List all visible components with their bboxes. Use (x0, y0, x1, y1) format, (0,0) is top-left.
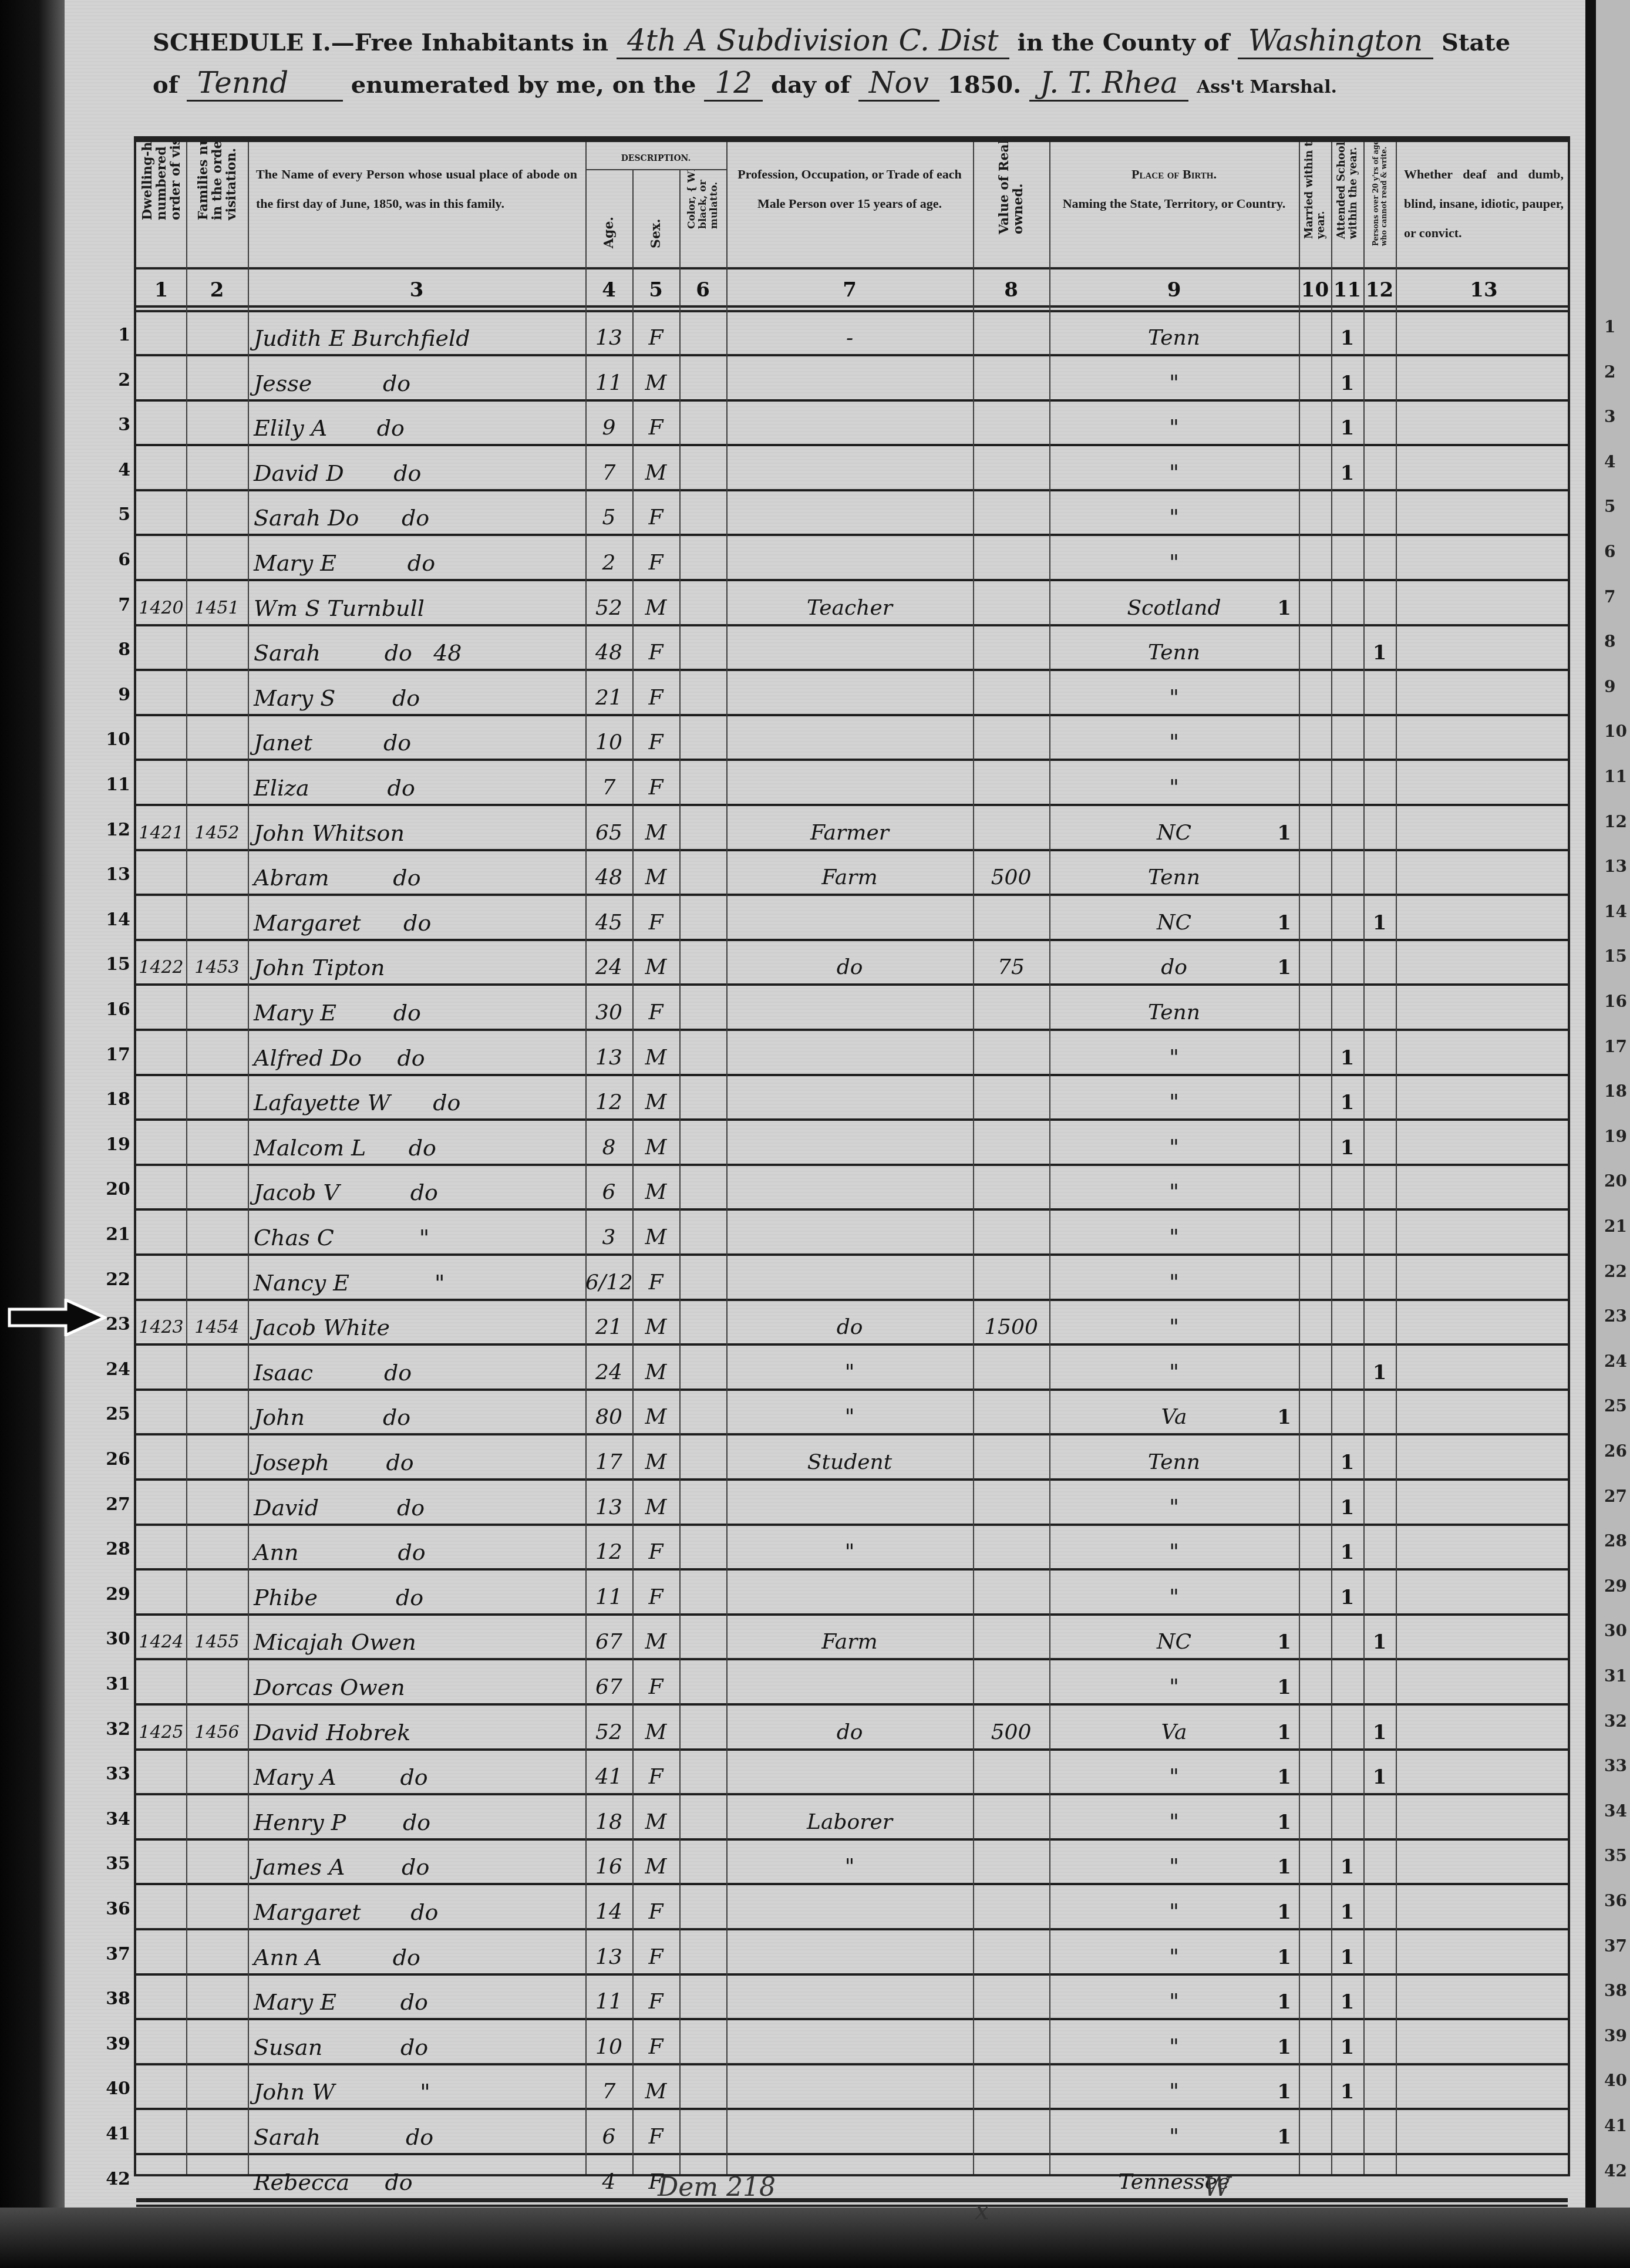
cell-age: 18 (585, 1795, 632, 1838)
adjacent-line-number: 21 (1604, 1216, 1627, 1236)
adjacent-line-number: 31 (1604, 1666, 1627, 1686)
cell-sex: F (632, 1571, 679, 1613)
cell-name: Mary S do (248, 671, 591, 714)
line-number: 17 (100, 1031, 130, 1079)
census-row: 34Henry P do18MLaborer"1 (136, 1795, 1568, 1841)
cell-family (186, 1525, 248, 1568)
cell-sex: M (632, 1076, 679, 1118)
line-number: 3 (100, 401, 130, 449)
cell-name: Micajah Owen (248, 1615, 591, 1658)
cell-school (1331, 941, 1363, 983)
column-rule (973, 142, 974, 2174)
cell-birthplace: " (1049, 671, 1299, 714)
cell-family (186, 536, 248, 579)
enumerated-label: enumerated by me, on the (351, 71, 696, 99)
cell-dwelling (136, 446, 186, 489)
adjacent-line-number: 41 (1604, 2116, 1627, 2135)
column-rule (632, 170, 634, 2174)
cell-birthplace: " (1049, 1840, 1299, 1883)
cell-school: 1 (1331, 446, 1363, 489)
census-row: 3014241455Micajah Owen67MFarmNC11 (136, 1615, 1568, 1660)
cell-value (973, 581, 1049, 624)
cell-birthplace: Va (1049, 1390, 1299, 1433)
census-row: 22Nancy E "6/12F" (136, 1256, 1568, 1301)
adjacent-line-number: 17 (1604, 1037, 1627, 1056)
cell-illiterate (1363, 1211, 1396, 1253)
census-row: 28Ann do12F""1 (136, 1525, 1568, 1571)
cell-school (1331, 1615, 1363, 1658)
cell-illiterate (1363, 446, 1396, 489)
cell-family (186, 1975, 248, 2018)
division-field: 4th A Subdivision C. Dist (617, 23, 1009, 59)
cell-age: 6 (585, 1165, 632, 1208)
cell-illiterate (1363, 986, 1396, 1029)
cell-name: Mary E do (248, 986, 591, 1029)
census-row: 3Elily A do9F"1 (136, 401, 1568, 446)
cell-occupation: Student (726, 1435, 973, 1478)
line-number: 31 (100, 1660, 130, 1708)
schedule-title-prefix: SCHEDULE I.—Free Inhabitants in (153, 29, 608, 56)
cell-sex: F (632, 1660, 679, 1703)
cell-value (973, 1211, 1049, 1253)
census-row: 3214251456David Hobrek52Mdo500Va11 (136, 1706, 1568, 1751)
census-row: 14Margaret do45FNC11 (136, 896, 1568, 941)
adjacent-line-number: 26 (1604, 1441, 1627, 1461)
line-number: 21 (100, 1211, 130, 1259)
line-number: 2 (100, 356, 130, 405)
cell-age: 48 (585, 626, 632, 669)
cell-sex: F (632, 761, 679, 804)
cell-illiterate (1363, 1481, 1396, 1524)
cell-name: Ann do (248, 1525, 591, 1568)
cell-value (973, 986, 1049, 1029)
cell-age: 6 (585, 2110, 632, 2153)
cell-dwelling (136, 356, 186, 399)
cell-illiterate (1363, 1031, 1396, 1074)
line-number: 26 (100, 1435, 130, 1484)
census-row: 9Mary S do21F" (136, 671, 1568, 716)
adjacent-line-number: 8 (1604, 632, 1615, 651)
cell-school (1331, 806, 1363, 849)
cell-value (973, 1390, 1049, 1433)
line-number: 6 (100, 536, 130, 584)
cell-family (186, 761, 248, 804)
cell-occupation (726, 1885, 973, 1928)
cell-married (1269, 1121, 1299, 1164)
cell-birthplace: " (1049, 2065, 1299, 2108)
column-rule (1299, 142, 1300, 2174)
column-number-divider (136, 305, 1568, 308)
header-divider (136, 267, 1568, 269)
cell-married (1269, 491, 1299, 534)
cell-birthplace: Va (1049, 1706, 1299, 1748)
cell-family (186, 1256, 248, 1299)
cell-age: 80 (585, 1390, 632, 1433)
adjacent-line-number: 27 (1604, 1487, 1627, 1506)
cell-married (1269, 716, 1299, 759)
header-school: Attended School within the year. (1331, 142, 1363, 267)
cell-occupation (726, 1481, 973, 1524)
cell-sex: F (632, 896, 679, 939)
cell-school: 1 (1331, 1121, 1363, 1164)
cell-married (1269, 1076, 1299, 1118)
cell-name: Isaac do (248, 1346, 591, 1389)
census-row: 5Sarah Do do5F" (136, 491, 1568, 536)
line-number: 20 (100, 1165, 130, 1214)
line-number: 18 (100, 1076, 130, 1124)
cell-school: 1 (1331, 1975, 1363, 2018)
cell-occupation (726, 1256, 973, 1299)
cell-married: 1 (1269, 1840, 1299, 1883)
line-number: 25 (100, 1390, 130, 1438)
line-number: 4 (100, 446, 130, 494)
cell-value (973, 1031, 1049, 1074)
column-number: 8 (973, 278, 1049, 302)
cell-illiterate (1363, 311, 1396, 354)
line-number: 5 (100, 491, 130, 539)
cell-married (1269, 1256, 1299, 1299)
cell-age: 10 (585, 2020, 632, 2063)
cell-name: Margaret do (248, 1885, 591, 1928)
cell-birthplace: " (1049, 536, 1299, 579)
cell-occupation: " (726, 1346, 973, 1389)
cell-dwelling (136, 1076, 186, 1118)
cell-family: 1455 (186, 1615, 248, 1658)
cell-illiterate: 1 (1363, 1346, 1396, 1389)
cell-family: 1452 (186, 806, 248, 849)
header-family: Families numbered in the order of visita… (186, 142, 248, 267)
cell-occupation (726, 1975, 973, 2018)
header-infirmity: Whether deaf and dumb, blind, insane, id… (1396, 142, 1572, 267)
census-row: 4David D do7M"1 (136, 446, 1568, 491)
cell-married: 1 (1269, 1975, 1299, 2018)
cell-name: Jesse do (248, 356, 591, 399)
cell-occupation (726, 1165, 973, 1208)
cell-value: 500 (973, 851, 1049, 894)
cell-dwelling (136, 1840, 186, 1883)
column-number: 7 (726, 278, 973, 302)
cell-age: 11 (585, 1571, 632, 1613)
adjacent-line-number: 32 (1604, 1711, 1627, 1731)
census-row: 40John W "7M"11 (136, 2065, 1568, 2110)
cell-name: Dorcas Owen (248, 1660, 591, 1703)
cell-birthplace: " (1049, 1750, 1299, 1793)
cell-value (973, 1615, 1049, 1658)
line-number: 24 (100, 1346, 130, 1394)
cell-occupation (726, 761, 973, 804)
cell-sex: F (632, 491, 679, 534)
line-number: 39 (100, 2020, 130, 2068)
adjacent-line-number: 9 (1604, 677, 1615, 696)
adjacent-line-number: 35 (1604, 1846, 1627, 1865)
cell-dwelling (136, 1031, 186, 1074)
cell-dwelling (136, 2065, 186, 2108)
cell-married: 1 (1269, 1615, 1299, 1658)
cell-age: 52 (585, 581, 632, 624)
cell-birthplace: " (1049, 1975, 1299, 2018)
cell-age: 17 (585, 1435, 632, 1478)
cell-occupation (726, 1571, 973, 1613)
census-row: 33Mary A do41F"11 (136, 1750, 1568, 1795)
cell-school (1331, 581, 1363, 624)
cell-family (186, 2065, 248, 2108)
cell-family: 1453 (186, 941, 248, 983)
cell-birthplace: Tenn (1049, 311, 1299, 354)
cell-illiterate (1363, 806, 1396, 849)
census-row: 20Jacob V do6M" (136, 1165, 1568, 1211)
census-row: 1Judith E Burchfield13F-Tenn1 (136, 311, 1568, 356)
header-birthplace: Place of Birth. Naming the State, Territ… (1049, 142, 1299, 267)
cell-value: 75 (973, 941, 1049, 983)
cell-married (1269, 2155, 1299, 2198)
cell-dwelling (136, 401, 186, 444)
cell-dwelling (136, 2020, 186, 2063)
column-number: 10 (1299, 278, 1331, 302)
cell-dwelling: 1421 (136, 806, 186, 849)
census-row: 42Rebecca do4FTennessee (136, 2155, 1568, 2200)
cell-dwelling (136, 1165, 186, 1208)
adjacent-line-number: 1 (1604, 317, 1615, 336)
cell-dwelling (136, 2155, 186, 2198)
cell-value (973, 446, 1049, 489)
cell-dwelling (136, 1256, 186, 1299)
cell-sex: F (632, 626, 679, 669)
cell-value: 500 (973, 1706, 1049, 1748)
cell-school (1331, 491, 1363, 534)
cell-illiterate (1363, 671, 1396, 714)
cell-occupation (726, 1076, 973, 1118)
cell-dwelling (136, 851, 186, 894)
cell-married (1269, 626, 1299, 669)
line-number: 30 (100, 1615, 130, 1663)
bottom-note-right: W (1204, 2172, 1230, 2202)
adjacent-line-number: 42 (1604, 2161, 1627, 2181)
cell-family (186, 1390, 248, 1433)
day-label: day of (771, 71, 850, 99)
column-rule (585, 142, 587, 2174)
cell-family (186, 491, 248, 534)
cell-married (1269, 1165, 1299, 1208)
cell-occupation: do (726, 1300, 973, 1343)
cell-married: 1 (1269, 1706, 1299, 1748)
cell-age: 2 (585, 536, 632, 579)
cell-birthplace: " (1049, 356, 1299, 399)
page-bottom-shadow (0, 2208, 1630, 2268)
adjacent-page-edge: 1234567891011121314151617181920212223242… (1585, 0, 1630, 2268)
header-name: The Name of every Person whose usual pla… (248, 142, 585, 267)
cell-age: 5 (585, 491, 632, 534)
cell-sex: M (632, 1211, 679, 1253)
cell-family (186, 1435, 248, 1478)
adjacent-line-number: 33 (1604, 1756, 1627, 1775)
cell-married: 1 (1269, 2020, 1299, 2063)
cell-value (973, 1975, 1049, 2018)
cell-married (1269, 986, 1299, 1029)
column-rule (248, 142, 249, 2174)
cell-value (973, 1121, 1049, 1164)
cell-name: Mary A do (248, 1750, 591, 1793)
cell-age: 8 (585, 1121, 632, 1164)
cell-birthplace: " (1049, 1076, 1299, 1118)
cell-dwelling (136, 626, 186, 669)
book-binding-shadow (0, 0, 70, 2268)
cell-name: Henry P do (248, 1795, 591, 1838)
cell-occupation (726, 986, 973, 1029)
cell-name: Sarah Do do (248, 491, 591, 534)
adjacent-line-number: 29 (1604, 1576, 1627, 1596)
adjacent-line-number: 40 (1604, 2071, 1627, 2090)
cell-value (973, 2155, 1049, 2198)
cell-age: 13 (585, 1031, 632, 1074)
cell-school (1331, 671, 1363, 714)
cell-birthplace: Tenn (1049, 986, 1299, 1029)
cell-birthplace: " (1049, 1481, 1299, 1524)
cell-occupation (726, 536, 973, 579)
column-number: 1 (136, 278, 186, 302)
cell-school (1331, 1660, 1363, 1703)
cell-dwelling: 1424 (136, 1615, 186, 1658)
cell-family: 1454 (186, 1300, 248, 1343)
cell-sex: M (632, 1615, 679, 1658)
cell-illiterate (1363, 1121, 1396, 1164)
cell-family (186, 1121, 248, 1164)
cell-value (973, 1571, 1049, 1613)
cell-school: 1 (1331, 1571, 1363, 1613)
cell-occupation: " (726, 1525, 973, 1568)
cell-value (973, 1346, 1049, 1389)
cell-sex: M (632, 1481, 679, 1524)
cell-birthplace: " (1049, 1256, 1299, 1299)
adjacent-line-number: 25 (1604, 1396, 1627, 1416)
cell-value (973, 761, 1049, 804)
cell-dwelling (136, 2110, 186, 2153)
cell-sex: M (632, 2065, 679, 2108)
line-number: 10 (100, 716, 130, 764)
cell-name: Susan do (248, 2020, 591, 2063)
cell-dwelling (136, 1930, 186, 1973)
cell-married (1269, 671, 1299, 714)
header-color: Color, { White, black, or mulatto. (679, 170, 726, 267)
cell-value (973, 2110, 1049, 2153)
cell-birthplace: " (1049, 491, 1299, 534)
cell-birthplace: " (1049, 1795, 1299, 1838)
column-number: 6 (679, 278, 726, 302)
header-married: Married within the year. (1299, 142, 1331, 267)
adjacent-line-number: 30 (1604, 1621, 1627, 1640)
cell-sex: F (632, 401, 679, 444)
cell-school (1331, 716, 1363, 759)
line-number: 29 (100, 1571, 130, 1619)
cell-married: 1 (1269, 1750, 1299, 1793)
cell-value (973, 401, 1049, 444)
cell-illiterate (1363, 2110, 1396, 2153)
cell-school: 1 (1331, 1031, 1363, 1074)
cell-dwelling (136, 1481, 186, 1524)
cell-birthplace: " (1049, 446, 1299, 489)
cell-value (973, 1795, 1049, 1838)
cell-illiterate: 1 (1363, 626, 1396, 669)
cell-illiterate (1363, 1660, 1396, 1703)
cell-family (186, 1481, 248, 1524)
cell-name: Rebecca do (248, 2155, 591, 2198)
cell-sex: F (632, 1975, 679, 2018)
cell-illiterate (1363, 356, 1396, 399)
line-number: 14 (100, 896, 130, 944)
cell-illiterate (1363, 716, 1396, 759)
cell-dwelling (136, 1211, 186, 1253)
cell-dwelling: 1423 (136, 1300, 186, 1343)
cell-sex: M (632, 806, 679, 849)
cell-name: Jacob V do (248, 1165, 591, 1208)
cell-value (973, 896, 1049, 939)
cell-family (186, 851, 248, 894)
cell-dwelling (136, 1795, 186, 1838)
cell-illiterate (1363, 1435, 1396, 1478)
cell-name: Nancy E " (248, 1256, 591, 1299)
cell-school (1331, 1256, 1363, 1299)
cell-school (1331, 1346, 1363, 1389)
census-row: 1214211452John Whitson65MFarmerNC1 (136, 806, 1568, 851)
cell-age: 9 (585, 401, 632, 444)
adjacent-line-number: 20 (1604, 1171, 1627, 1191)
cell-dwelling (136, 536, 186, 579)
cell-married: 1 (1269, 1885, 1299, 1928)
cell-school (1331, 1300, 1363, 1343)
column-number: 2 (186, 278, 248, 302)
cell-name: David do (248, 1481, 591, 1524)
cell-married: 1 (1269, 806, 1299, 849)
cell-birthplace: Tenn (1049, 1435, 1299, 1478)
adjacent-line-number: 39 (1604, 2026, 1627, 2045)
column-number: 9 (1049, 278, 1299, 302)
cell-birthplace: " (1049, 1571, 1299, 1613)
line-number: 9 (100, 671, 130, 719)
cell-value (973, 716, 1049, 759)
cell-value: 1500 (973, 1300, 1049, 1343)
cell-family (186, 1885, 248, 1928)
cell-married: 1 (1269, 1390, 1299, 1433)
cell-name: John Tipton (248, 941, 591, 983)
line-number: 33 (100, 1750, 130, 1798)
cell-age: 41 (585, 1750, 632, 1793)
line-number: 32 (100, 1706, 130, 1754)
cell-name: Elily A do (248, 401, 591, 444)
cell-name: John Whitson (248, 806, 591, 849)
cell-age: 21 (585, 1300, 632, 1343)
adjacent-line-number: 5 (1604, 497, 1615, 516)
column-number: 5 (632, 278, 679, 302)
cell-name: Ann A do (248, 1930, 591, 1973)
cell-married (1269, 1525, 1299, 1568)
cell-illiterate (1363, 1525, 1396, 1568)
column-rule (726, 142, 728, 2174)
census-row: 19Malcom L do8M"1 (136, 1121, 1568, 1166)
cell-occupation (726, 716, 973, 759)
cell-married (1269, 851, 1299, 894)
cell-birthplace: " (1049, 401, 1299, 444)
cell-dwelling (136, 896, 186, 939)
cell-sex: M (632, 1165, 679, 1208)
cell-family (186, 896, 248, 939)
cell-family (186, 671, 248, 714)
cell-birthplace: Tenn (1049, 626, 1299, 669)
cell-sex: F (632, 1256, 679, 1299)
cell-birthplace: " (1049, 1930, 1299, 1973)
cell-dwelling (136, 311, 186, 354)
adjacent-line-number: 3 (1604, 407, 1615, 426)
cell-occupation (726, 626, 973, 669)
cell-married (1269, 761, 1299, 804)
